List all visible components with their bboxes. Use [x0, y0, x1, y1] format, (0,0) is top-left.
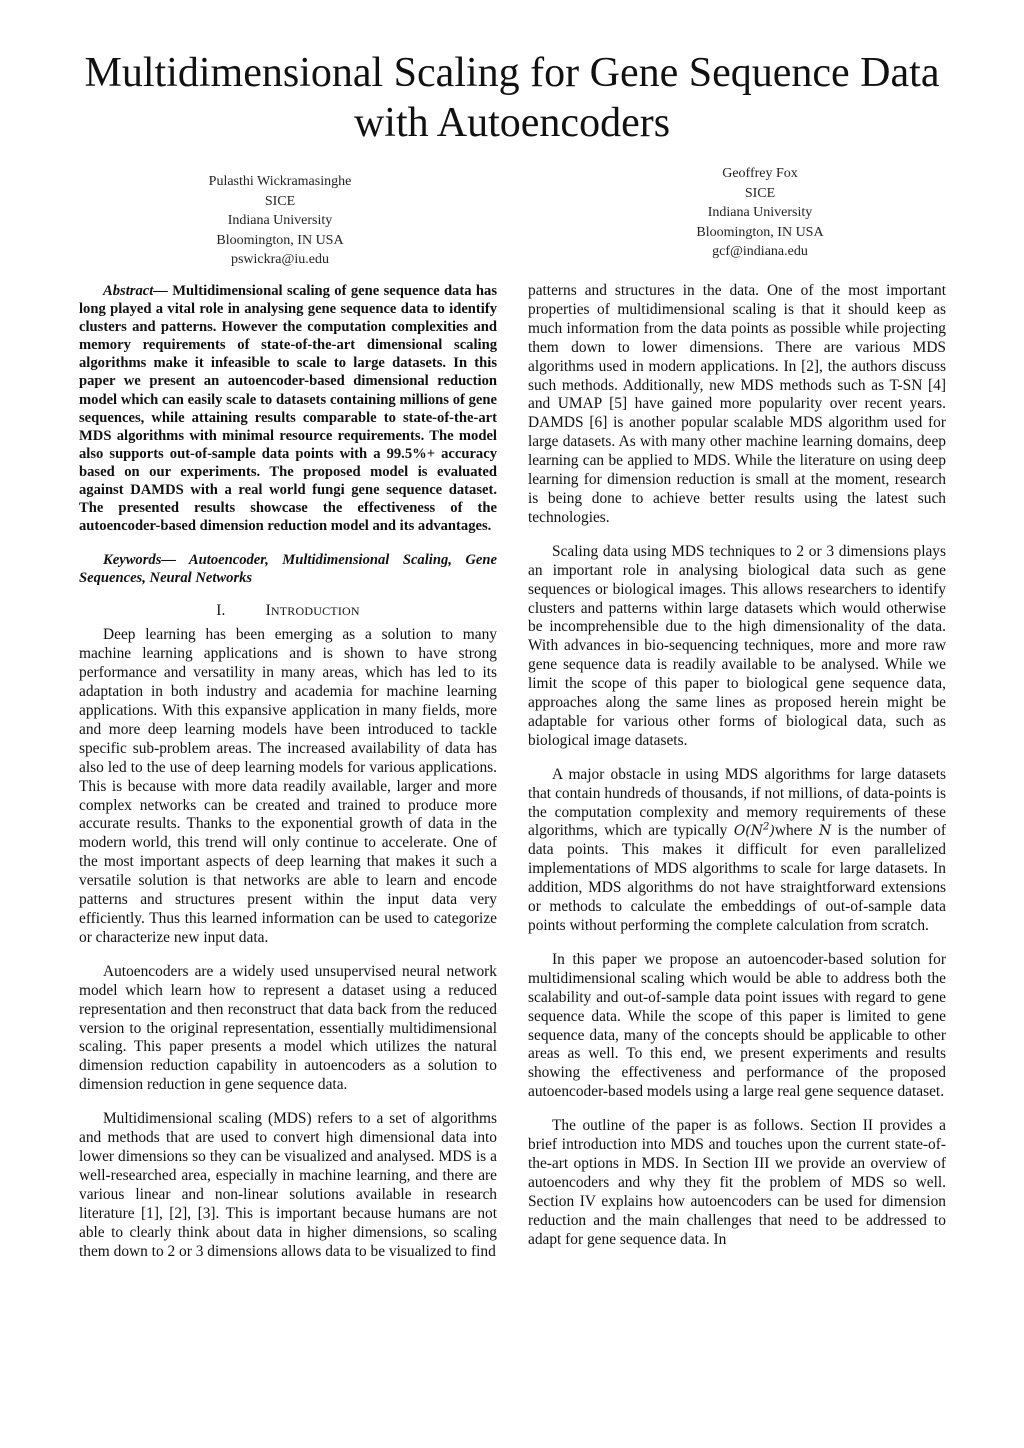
- title-line-1: Multidimensional Scaling for Gene Sequen…: [85, 50, 940, 96]
- author-institution: Indiana University: [640, 203, 880, 223]
- obstacle-text-mid: where: [775, 822, 819, 839]
- author-dept: SICE: [640, 184, 880, 204]
- abstract-text: Multidimensional scaling of gene sequenc…: [79, 283, 497, 534]
- left-column: Abstract— Multidimensional scaling of ge…: [79, 282, 497, 1261]
- abstract: Abstract— Multidimensional scaling of ge…: [79, 282, 497, 535]
- keywords: Keywords— Autoencoder, Multidimensional …: [79, 551, 497, 587]
- intro-paragraph-2: Autoencoders are a widely used unsupervi…: [79, 963, 497, 1095]
- author-name: Geoffrey Fox: [640, 164, 880, 184]
- variable-n: N: [819, 823, 831, 839]
- author-dept: SICE: [160, 192, 400, 212]
- intro-paragraph-7: The outline of the paper is as follows. …: [528, 1117, 946, 1249]
- section-title-rest: NTRODUCTION: [271, 604, 360, 618]
- title-line-2: with Autoencoders: [354, 100, 670, 146]
- intro-paragraph-6: In this paper we propose an autoencoder-…: [528, 951, 946, 1102]
- intro-paragraph-1: Deep learning has been emerging as a sol…: [79, 626, 497, 947]
- section-heading-introduction: I.INTRODUCTION: [79, 602, 497, 621]
- complexity-formula: O(N2): [734, 823, 775, 839]
- intro-paragraph-5: A major obstacle in using MDS algorithms…: [528, 766, 946, 936]
- author-name: Pulasthi Wickramasinghe: [160, 172, 400, 192]
- paper-title: Multidimensional Scaling for Gene Sequen…: [40, 48, 984, 148]
- author-location: Bloomington, IN USA: [160, 231, 400, 251]
- intro-paragraph-3-continued: patterns and structures in the data. One…: [528, 282, 946, 528]
- author-block-1: Pulasthi Wickramasinghe SICE Indiana Uni…: [160, 172, 400, 270]
- author-email: pswickra@iu.edu: [160, 250, 400, 270]
- intro-paragraph-4: Scaling data using MDS techniques to 2 o…: [528, 543, 946, 751]
- author-institution: Indiana University: [160, 211, 400, 231]
- abstract-label: Abstract—: [103, 283, 168, 299]
- keywords-label: Keywords—: [103, 552, 176, 568]
- author-block-2: Geoffrey Fox SICE Indiana University Blo…: [640, 164, 880, 262]
- author-email: gcf@indiana.edu: [640, 242, 880, 262]
- right-column: patterns and structures in the data. One…: [528, 282, 946, 1250]
- section-number: I.: [216, 602, 225, 619]
- formula-base: O(N: [734, 823, 763, 839]
- intro-paragraph-3: Multidimensional scaling (MDS) refers to…: [79, 1110, 497, 1261]
- author-location: Bloomington, IN USA: [640, 223, 880, 243]
